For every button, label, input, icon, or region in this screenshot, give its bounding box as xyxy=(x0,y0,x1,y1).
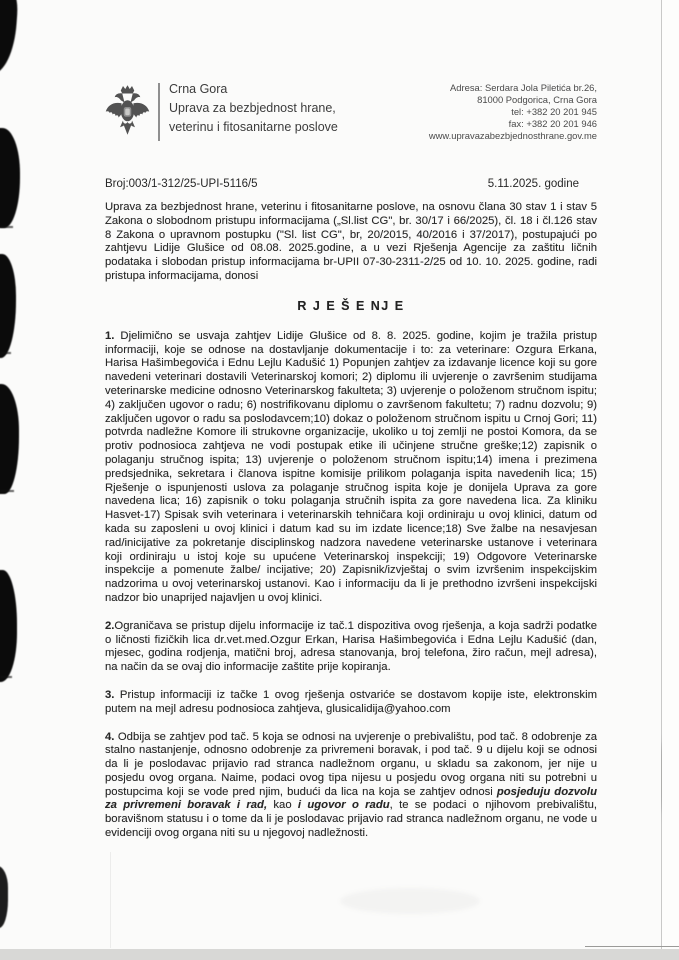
item-2-text: Ograničava se pristup dijelu informacije… xyxy=(105,620,597,673)
scan-streak-4 xyxy=(0,676,12,678)
reference-number: Broj:003/1-312/25-UPI-5116/5 xyxy=(105,178,258,190)
address-line2: 81000 Podgorica, Crna Gora xyxy=(429,94,597,106)
website-line: www.upravazabezbjednosthrane.gov.me xyxy=(429,130,597,142)
scan-blob-left-4 xyxy=(0,384,19,494)
scan-blob-left-2 xyxy=(0,128,20,228)
scan-right-strip xyxy=(662,0,679,949)
org-name-line1: Uprava za bezbjednost hrane, xyxy=(169,99,338,118)
scan-blob-left-5 xyxy=(0,570,17,682)
item-3-text: Pristup informaciji iz tačke 1 ovog rješ… xyxy=(105,689,597,715)
address-line1: Adresa: Serdara Jola Piletića br.26, xyxy=(429,82,597,94)
item-1-text: Djelimično se usvaja zahtjev Lidije Gluš… xyxy=(105,330,597,604)
letterhead-divider xyxy=(158,83,160,141)
contact-block: Adresa: Serdara Jola Piletića br.26, 810… xyxy=(429,82,597,142)
scan-bottom-band xyxy=(0,949,679,960)
item-1-number: 1. xyxy=(105,330,114,342)
resolution-item-1: 1. Djelimično se usvaja zahtjev Lidije G… xyxy=(105,330,597,606)
reference-row: Broj:003/1-312/25-UPI-5116/5 5.11.2025. … xyxy=(105,178,597,190)
scan-blob-left-3 xyxy=(0,254,16,358)
organization-block: Crna Gora Uprava za bezbjednost hrane, v… xyxy=(169,80,338,137)
scan-blob-left-top xyxy=(0,0,19,75)
item-4-text-mid: kao xyxy=(267,799,298,811)
scan-streak-2 xyxy=(0,352,11,354)
scan-blob-left-bottom xyxy=(0,866,8,928)
phone-line: tel: +382 20 201 945 xyxy=(429,106,597,118)
resolution-item-4: 4. Odbija se zahtjev pod tač. 5 koja se … xyxy=(105,731,597,841)
item-2-number: 2. xyxy=(105,620,114,632)
resolution-item-3: 3. Pristup informaciji iz tačke 1 ovog r… xyxy=(105,689,597,717)
document-date: 5.11.2025. godine xyxy=(488,178,579,190)
letterhead: Crna Gora Uprava za bezbjednost hrane, v… xyxy=(105,80,597,142)
document-content: Crna Gora Uprava za bezbjednost hrane, v… xyxy=(105,80,597,841)
item-3-number: 3. xyxy=(105,689,114,701)
country-name: Crna Gora xyxy=(169,80,338,99)
scanned-document-page: Crna Gora Uprava za bezbjednost hrane, v… xyxy=(0,0,679,960)
paper-fold-line xyxy=(110,852,111,948)
resolution-item-2: 2.Ograničava se pristup dijelu informaci… xyxy=(105,620,597,675)
scan-vertical-line xyxy=(661,0,662,949)
scan-streak-1 xyxy=(0,226,13,228)
document-title: R J E Š E NJ E xyxy=(105,299,597,313)
item-4-emphasis-2: i ugovor o radu xyxy=(298,799,390,811)
scan-smudge xyxy=(340,888,480,914)
fax-line: fax: +382 20 201 946 xyxy=(429,118,597,130)
item-4-number: 4. xyxy=(105,731,114,743)
org-name-line2: veterinu i fitosanitarne poslove xyxy=(169,118,338,137)
scan-bottom-line xyxy=(585,946,679,947)
scan-streak-3 xyxy=(0,490,14,492)
montenegro-coat-of-arms-icon xyxy=(105,83,150,140)
preamble-paragraph: Uprava za bezbjednost hrane, veterinu i … xyxy=(105,201,597,284)
